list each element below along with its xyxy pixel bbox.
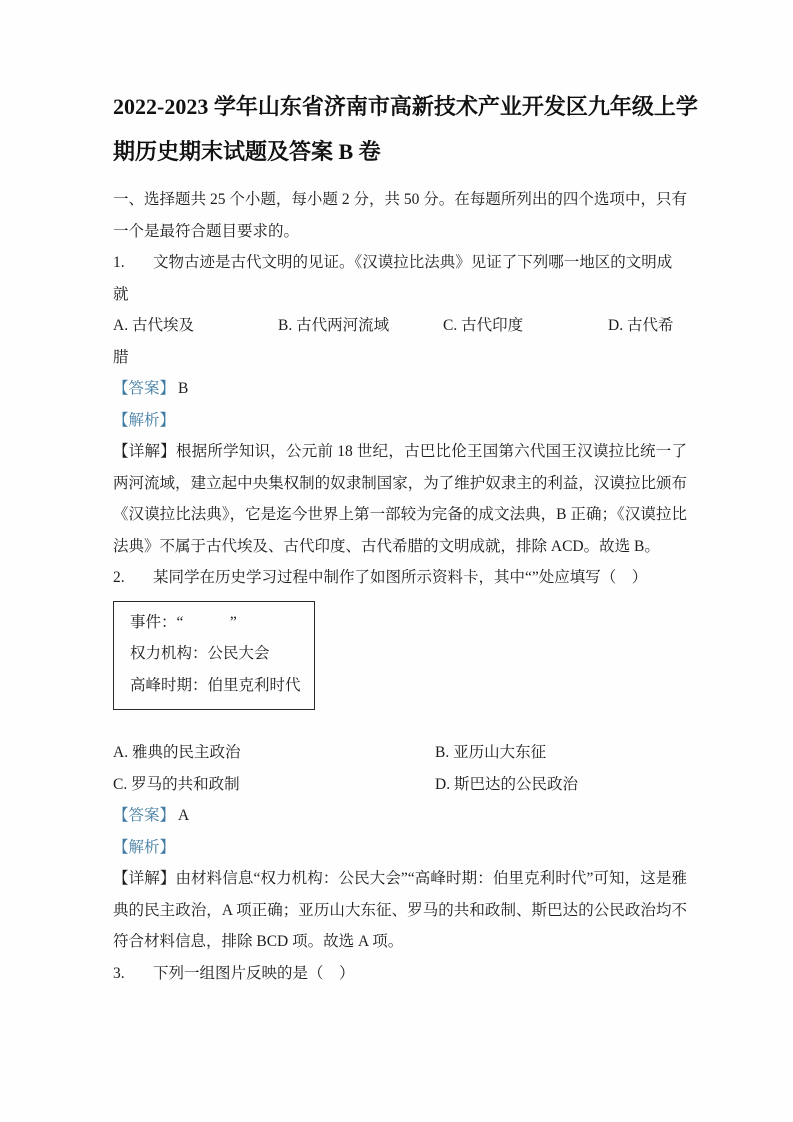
question-2-answer-line: 【答案】A <box>113 800 687 832</box>
question-3-stem-text: 下列一组图片反映的是（ ） <box>153 965 355 982</box>
question-1-option-a: A. 古代埃及 <box>113 310 278 342</box>
detail-label: 【详解】 <box>113 870 175 887</box>
detail-label: 【详解】 <box>113 443 176 460</box>
question-2-answer-value: A <box>178 807 189 824</box>
question-2-stem: 2.某同学在历史学习过程中制作了如图所示资料卡，其中“”处应填写（ ） <box>113 562 687 594</box>
exam-paper-page: 2022-2023 学年山东省济南市高新技术产业开发区九年级上学期历史期末试题及… <box>0 0 793 989</box>
question-1-answer-line: 【答案】B <box>113 373 687 405</box>
question-2-detail-text: 由材料信息“权力机构：公民大会”“高峰时期：伯里克利时代”可知，这是雅典的民主政… <box>113 870 687 950</box>
question-2-option-d: D. 斯巴达的公民政治 <box>435 776 578 793</box>
answer-label: 【答案】 <box>113 807 175 824</box>
section-header: 一、选择题共 25 个小题，每小题 2 分，共 50 分。在每题所列出的四个选项… <box>113 184 687 247</box>
question-1-option-c: C. 古代印度 <box>443 310 608 342</box>
question-2-option-a: A. 雅典的民主政治 <box>113 737 435 769</box>
card-line-event: 事件：“ ” <box>130 607 306 639</box>
question-1-option-b: B. 古代两河流域 <box>278 310 443 342</box>
question-2-detail: 【详解】由材料信息“权力机构：公民大会”“高峰时期：伯里克利时代”可知，这是雅典… <box>113 863 687 958</box>
question-2-option-b: B. 亚历山大东征 <box>435 744 546 761</box>
question-2-stem-text: 某同学在历史学习过程中制作了如图所示资料卡，其中“”处应填写（ ） <box>153 569 647 586</box>
info-card: 事件：“ ” 权力机构：公民大会 高峰时期：伯里克利时代 <box>113 601 315 711</box>
question-1-detail: 【详解】根据所学知识，公元前 18 世纪，古巴比伦王国第六代国王汉谟拉比统一了两… <box>113 436 687 562</box>
question-1-number: 1. <box>113 247 153 279</box>
question-1-analysis-line: 【解析】 <box>113 405 687 437</box>
card-line-peak: 高峰时期：伯里克利时代 <box>130 670 306 702</box>
question-3-stem: 3.下列一组图片反映的是（ ） <box>113 958 687 990</box>
question-1-answer-value: B <box>178 380 188 397</box>
question-2-options-row-1: A. 雅典的民主政治B. 亚历山大东征 <box>113 737 687 769</box>
question-1-stem: 1.文物古迹是古代文明的见证。《汉谟拉比法典》见证了下列哪一地区的文明成就 <box>113 247 687 310</box>
analysis-label: 【解析】 <box>113 839 175 856</box>
question-1-stem-text: 文物古迹是古代文明的见证。《汉谟拉比法典》见证了下列哪一地区的文明成就 <box>113 254 672 303</box>
question-2-options-row-2: C. 罗马的共和政制D. 斯巴达的公民政治 <box>113 769 687 801</box>
question-1-detail-text: 根据所学知识，公元前 18 世纪，古巴比伦王国第六代国王汉谟拉比统一了两河流域，… <box>113 443 687 555</box>
question-2-number: 2. <box>113 562 153 594</box>
question-2-option-c: C. 罗马的共和政制 <box>113 769 435 801</box>
exam-title: 2022-2023 学年山东省济南市高新技术产业开发区九年级上学期历史期末试题及… <box>113 84 713 174</box>
card-line-authority: 权力机构：公民大会 <box>130 638 306 670</box>
question-3-number: 3. <box>113 958 153 990</box>
answer-label: 【答案】 <box>113 380 175 397</box>
analysis-label: 【解析】 <box>113 412 175 429</box>
question-1-options: A. 古代埃及B. 古代两河流域C. 古代印度D. 古代希腊 <box>113 310 687 373</box>
question-2-analysis-line: 【解析】 <box>113 832 687 864</box>
